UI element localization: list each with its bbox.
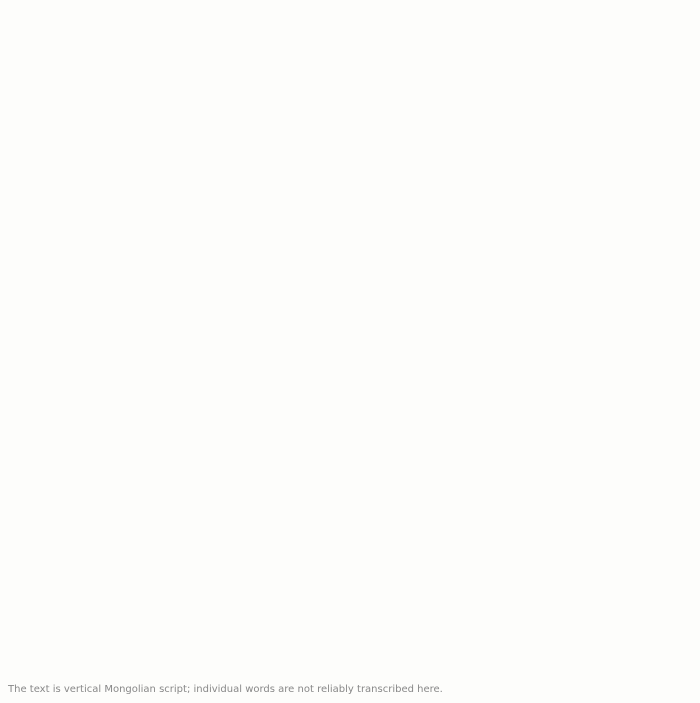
scanned-page: The text is vertical Mongolian script; i… <box>0 0 700 703</box>
page-note: The text is vertical Mongolian script; i… <box>8 684 443 695</box>
